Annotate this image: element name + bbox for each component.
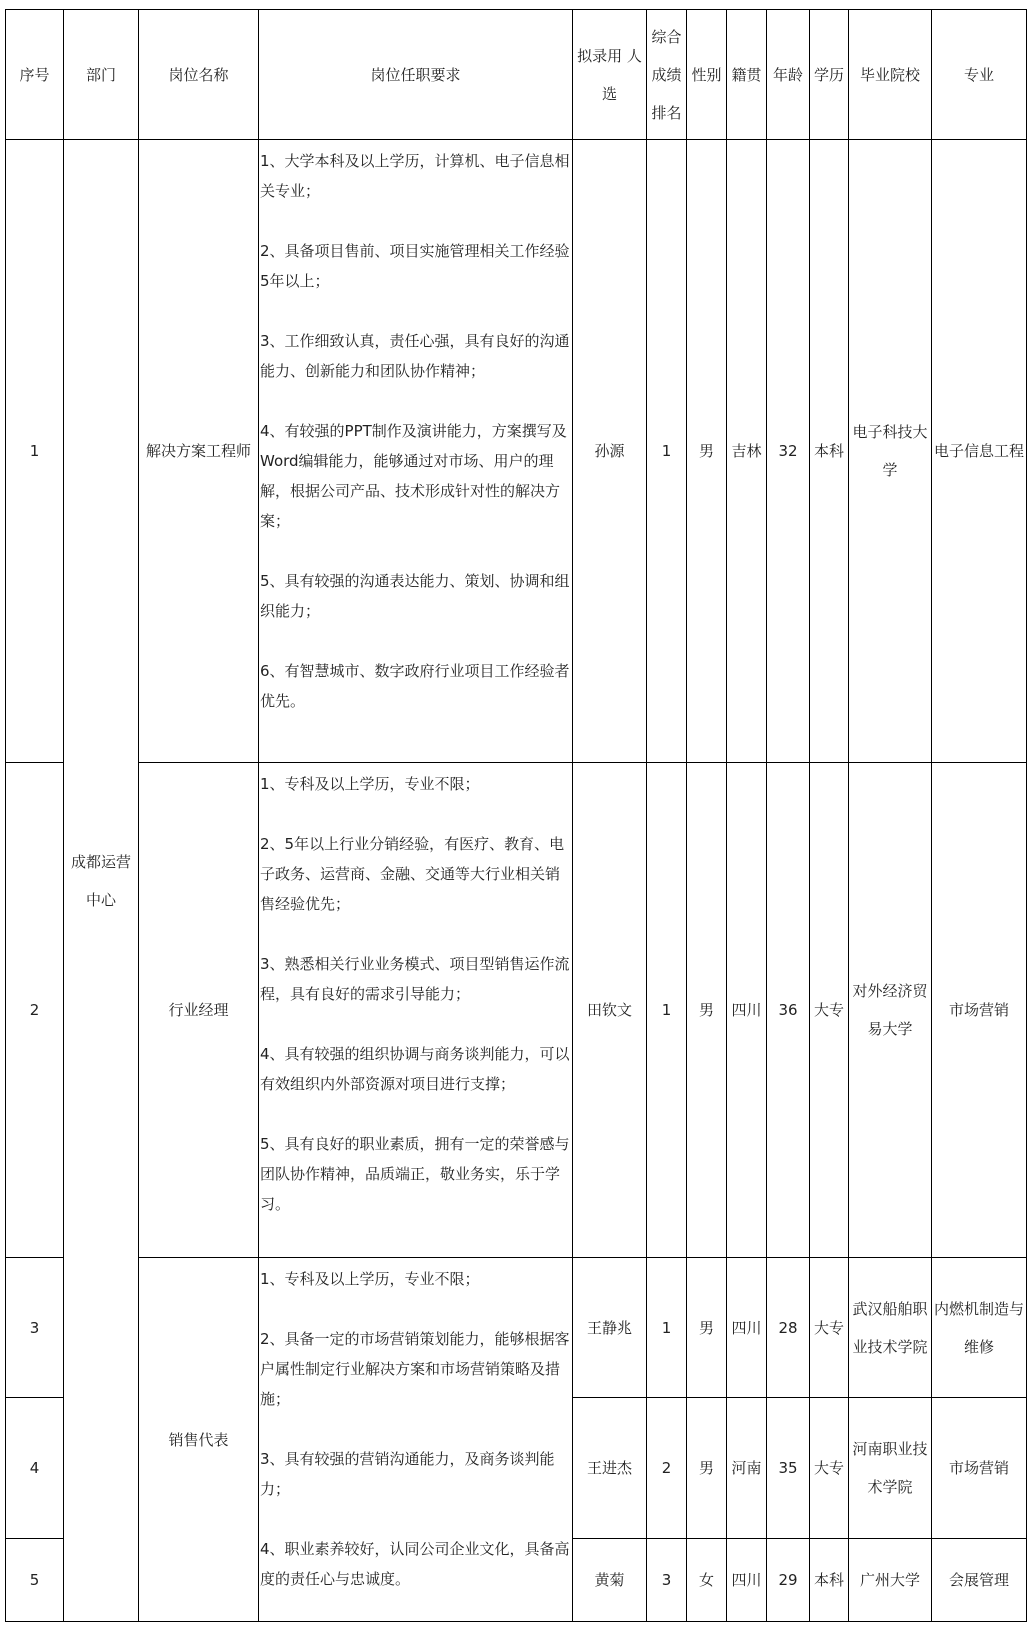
cell-position: 行业经理 <box>139 763 259 1258</box>
cell-rank: 1 <box>647 763 687 1258</box>
requirement-item: 5、具有较强的沟通表达能力、策划、协调和组织能力； <box>260 566 572 626</box>
table-row: 2 行业经理 1、专科及以上学历，专业不限； 2、5年以上行业分销经验，有医疗、… <box>6 763 1027 1258</box>
header-education: 学历 <box>810 10 849 140</box>
table-row: 1 成都运营中心 解决方案工程师 1、大学本科及以上学历，计算机、电子信息相关专… <box>6 140 1027 763</box>
requirement-item: 2、具备项目售前、项目实施管理相关工作经验5年以上； <box>260 236 572 296</box>
cell-candidate: 黄菊 <box>573 1539 647 1622</box>
cell-age: 32 <box>767 140 810 763</box>
requirement-item: 4、职业素养较好，认同公司企业文化，具备高度的责任心与忠诚度。 <box>260 1534 572 1594</box>
cell-school: 对外经济贸易大学 <box>849 763 932 1258</box>
cell-school: 武汉船舶职业技术学院 <box>849 1258 932 1398</box>
cell-major: 内燃机制造与维修 <box>932 1258 1027 1398</box>
cell-seq: 4 <box>6 1398 64 1539</box>
cell-requirements: 1、专科及以上学历，专业不限； 2、5年以上行业分销经验，有医疗、教育、电子政务… <box>259 763 573 1258</box>
cell-education: 大专 <box>810 1258 849 1398</box>
requirement-item: 6、有智慧城市、数字政府行业项目工作经验者优先。 <box>260 656 572 716</box>
requirement-item: 4、具有较强的组织协调与商务谈判能力，可以有效组织内外部资源对项目进行支撑； <box>260 1039 572 1099</box>
cell-education: 本科 <box>810 140 849 763</box>
cell-education: 大专 <box>810 1398 849 1539</box>
requirement-item: 2、5年以上行业分销经验，有医疗、教育、电子政务、运营商、金融、交通等大行业相关… <box>260 829 572 919</box>
cell-candidate: 王静兆 <box>573 1258 647 1398</box>
requirement-item: 1、专科及以上学历，专业不限； <box>260 1264 572 1294</box>
cell-rank: 2 <box>647 1398 687 1539</box>
requirement-item: 3、具有较强的营销沟通能力，及商务谈判能力； <box>260 1444 572 1504</box>
cell-origin: 吉林 <box>727 140 767 763</box>
cell-major: 电子信息工程 <box>932 140 1027 763</box>
requirement-item: 2、具备一定的市场营销策划能力，能够根据客户属性制定行业解决方案和市场营销策略及… <box>260 1324 572 1414</box>
cell-rank: 1 <box>647 1258 687 1398</box>
cell-age: 36 <box>767 763 810 1258</box>
requirement-item: 5、具有良好的职业素质，拥有一定的荣誉感与团队协作精神，品质端正，敬业务实，乐于… <box>260 1129 572 1219</box>
recruitment-table: 序号 部门 岗位名称 岗位任职要求 拟录用 人选 综合成绩排名 性别 籍贯 年龄… <box>5 9 1027 1622</box>
cell-rank: 3 <box>647 1539 687 1622</box>
cell-gender: 男 <box>687 763 727 1258</box>
table-row: 3 销售代表 1、专科及以上学历，专业不限； 2、具备一定的市场营销策划能力，能… <box>6 1258 1027 1398</box>
cell-department: 成都运营中心 <box>64 140 139 1622</box>
requirement-item: 4、有较强的PPT制作及演讲能力，方案撰写及Word编辑能力，能够通过对市场、用… <box>260 416 572 536</box>
requirement-item: 1、大学本科及以上学历，计算机、电子信息相关专业； <box>260 146 572 206</box>
cell-school: 河南职业技术学院 <box>849 1398 932 1539</box>
cell-origin: 四川 <box>727 1258 767 1398</box>
cell-position: 销售代表 <box>139 1258 259 1622</box>
cell-requirements: 1、专科及以上学历，专业不限； 2、具备一定的市场营销策划能力，能够根据客户属性… <box>259 1258 573 1622</box>
cell-seq: 3 <box>6 1258 64 1398</box>
cell-school: 广州大学 <box>849 1539 932 1622</box>
cell-gender: 女 <box>687 1539 727 1622</box>
cell-age: 35 <box>767 1398 810 1539</box>
cell-age: 28 <box>767 1258 810 1398</box>
header-major: 专业 <box>932 10 1027 140</box>
cell-gender: 男 <box>687 1398 727 1539</box>
header-position: 岗位名称 <box>139 10 259 140</box>
header-candidate: 拟录用 人选 <box>573 10 647 140</box>
requirement-item: 1、专科及以上学历，专业不限； <box>260 769 572 799</box>
cell-seq: 5 <box>6 1539 64 1622</box>
header-requirements: 岗位任职要求 <box>259 10 573 140</box>
cell-education: 大专 <box>810 763 849 1258</box>
cell-seq: 2 <box>6 763 64 1258</box>
header-gender: 性别 <box>687 10 727 140</box>
cell-school: 电子科技大学 <box>849 140 932 763</box>
header-row: 序号 部门 岗位名称 岗位任职要求 拟录用 人选 综合成绩排名 性别 籍贯 年龄… <box>6 10 1027 140</box>
cell-rank: 1 <box>647 140 687 763</box>
cell-major: 市场营销 <box>932 763 1027 1258</box>
cell-major: 会展管理 <box>932 1539 1027 1622</box>
cell-origin: 河南 <box>727 1398 767 1539</box>
cell-education: 本科 <box>810 1539 849 1622</box>
cell-gender: 男 <box>687 140 727 763</box>
cell-gender: 男 <box>687 1258 727 1398</box>
header-age: 年龄 <box>767 10 810 140</box>
cell-origin: 四川 <box>727 763 767 1258</box>
cell-position: 解决方案工程师 <box>139 140 259 763</box>
cell-candidate: 田钦文 <box>573 763 647 1258</box>
cell-candidate: 孙源 <box>573 140 647 763</box>
requirement-item: 3、熟悉相关行业业务模式、项目型销售运作流程，具有良好的需求引导能力； <box>260 949 572 1009</box>
header-seq: 序号 <box>6 10 64 140</box>
header-rank: 综合成绩排名 <box>647 10 687 140</box>
requirement-item: 3、工作细致认真，责任心强，具有良好的沟通能力、创新能力和团队协作精神； <box>260 326 572 386</box>
cell-origin: 四川 <box>727 1539 767 1622</box>
header-origin: 籍贯 <box>727 10 767 140</box>
cell-seq: 1 <box>6 140 64 763</box>
cell-major: 市场营销 <box>932 1398 1027 1539</box>
cell-candidate: 王进杰 <box>573 1398 647 1539</box>
cell-requirements: 1、大学本科及以上学历，计算机、电子信息相关专业； 2、具备项目售前、项目实施管… <box>259 140 573 763</box>
header-school: 毕业院校 <box>849 10 932 140</box>
cell-age: 29 <box>767 1539 810 1622</box>
header-dept: 部门 <box>64 10 139 140</box>
